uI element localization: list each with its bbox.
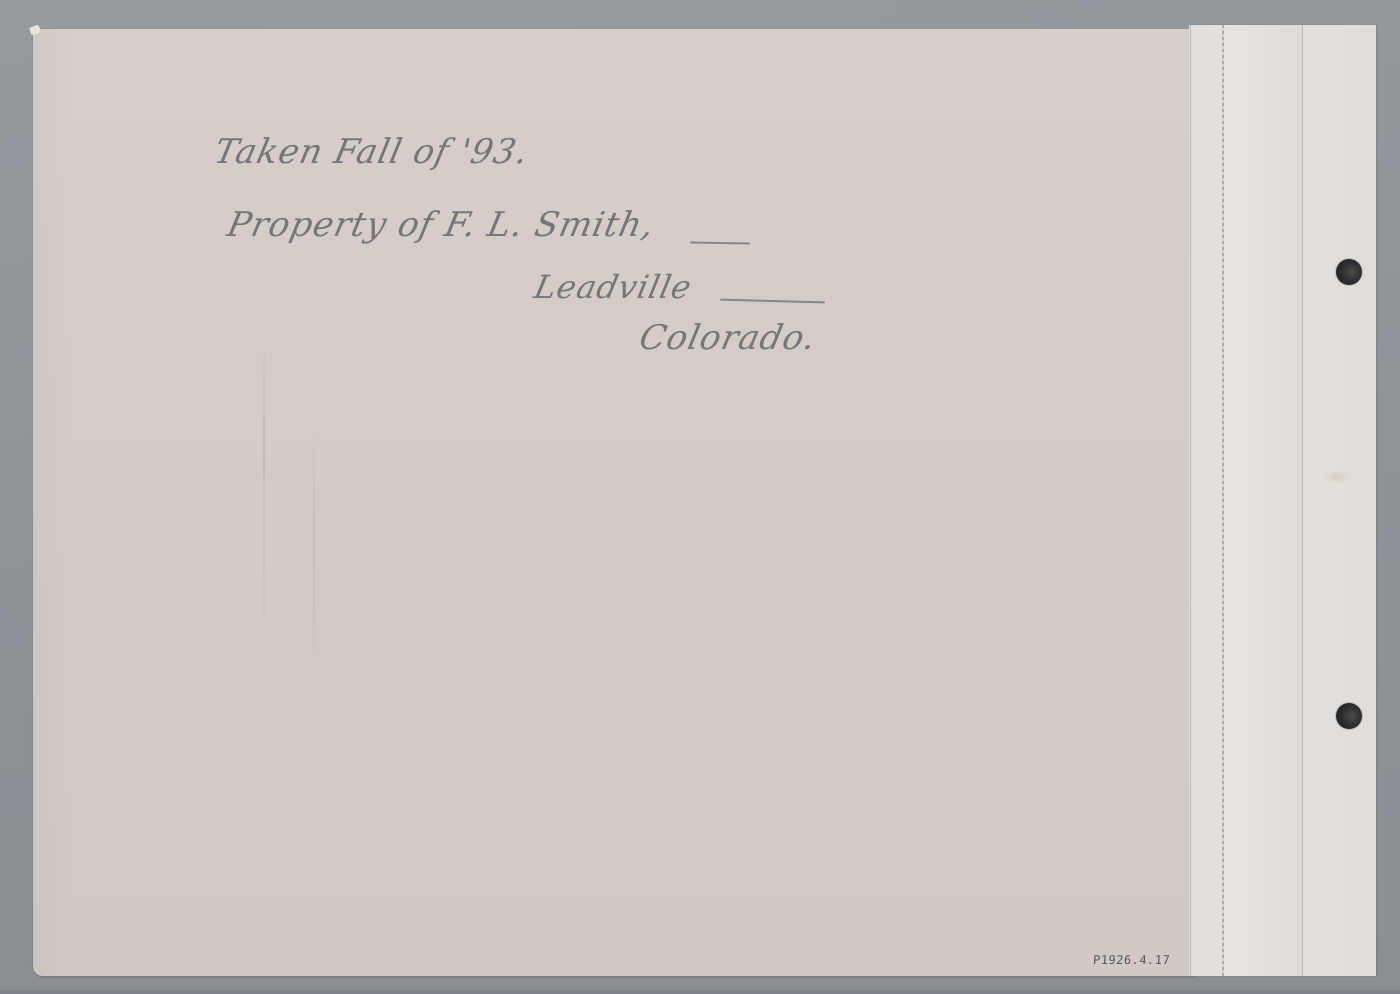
binding-strip bbox=[1189, 25, 1376, 976]
catalog-number: P1926.4.17 bbox=[1093, 953, 1171, 967]
scan-bottom-edge bbox=[0, 990, 1400, 994]
photo-mount-card bbox=[33, 29, 1196, 976]
handwritten-note-line-3: Leadville bbox=[531, 268, 696, 306]
handwritten-note-line-2: Property of F. L. Smith, bbox=[224, 205, 659, 245]
binding-fold-line bbox=[1190, 25, 1191, 976]
punch-hole-icon bbox=[1336, 703, 1362, 729]
binding-hinge-panel bbox=[1224, 25, 1302, 976]
handwritten-note-line-1: Taken Fall of '93. bbox=[211, 132, 533, 172]
binding-fold-line bbox=[1302, 25, 1303, 976]
punch-hole-icon bbox=[1336, 259, 1362, 285]
binding-stitch-line bbox=[1222, 25, 1224, 976]
foxing-stain bbox=[1324, 470, 1350, 484]
handwritten-note-line-4: Colorado. bbox=[636, 318, 820, 358]
